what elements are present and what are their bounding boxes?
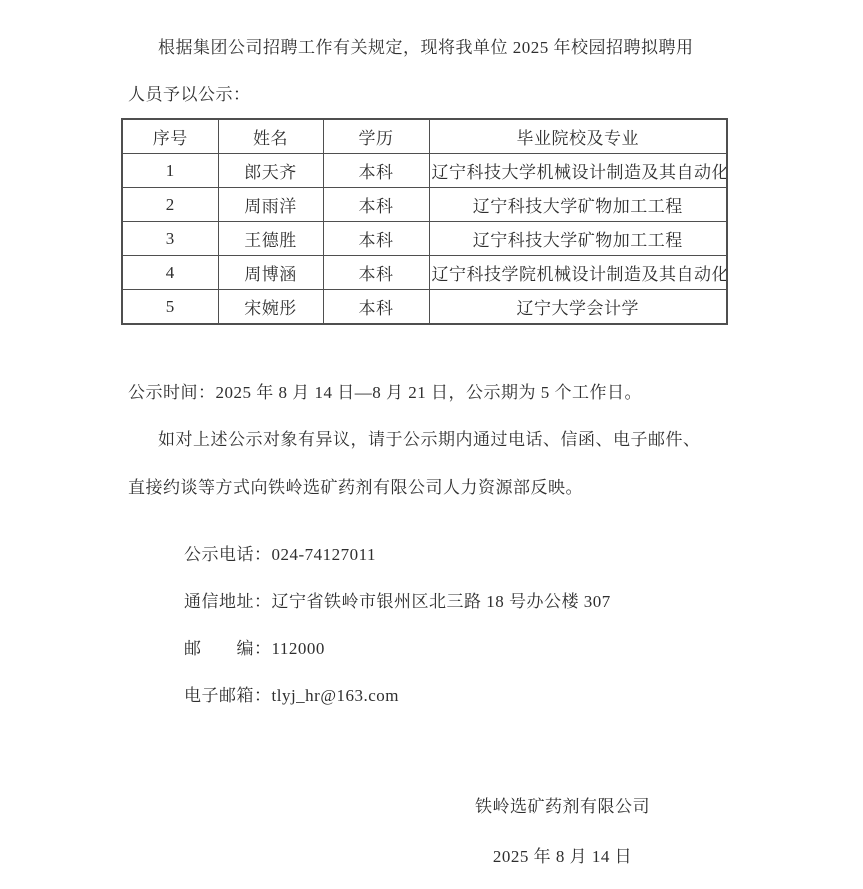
contact-label: 邮 编： [184,639,272,658]
contact-label: 公示电话： [184,545,272,564]
cell-school-major: 辽宁科技大学矿物加工工程 [429,188,727,222]
contact-value: 024-74127011 [272,545,377,564]
table-row: 3 王德胜 本科 辽宁科技大学矿物加工工程 [122,222,727,256]
table-row: 2 周雨洋 本科 辽宁科技大学矿物加工工程 [122,188,727,222]
candidates-table: 序号 姓名 学历 毕业院校及专业 1 郎天齐 本科 辽宁科技大学机械设计制造及其… [121,118,728,325]
contact-line-email: 电子邮箱：tlyj_hr@163.com [165,663,399,729]
cell-school-major: 辽宁大学会计学 [429,290,727,325]
cell-education: 本科 [323,222,429,256]
table-header-row: 序号 姓名 学历 毕业院校及专业 [122,119,727,154]
table-row: 1 郎天齐 本科 辽宁科技大学机械设计制造及其自动化 [122,154,727,188]
cell-name: 郎天齐 [218,154,323,188]
header-cell-school-major: 毕业院校及专业 [429,119,727,154]
publicity-period-line: 公示时间：2025 年 8 月 14 日—8 月 21 日，公示期为 5 个工作… [128,382,642,404]
cell-school-major: 辽宁科技大学机械设计制造及其自动化 [429,154,727,188]
cell-number: 3 [122,222,218,256]
cell-school-major: 辽宁科技大学矿物加工工程 [429,222,727,256]
intro-line-1: 根据集团公司招聘工作有关规定，现将我单位 2025 年校园招聘拟聘用 [158,37,694,59]
header-cell-number: 序号 [122,119,218,154]
contact-value: 112000 [272,639,325,658]
cell-name: 周雨洋 [218,188,323,222]
cell-number: 1 [122,154,218,188]
contact-label: 通信地址： [184,592,272,611]
header-cell-education: 学历 [323,119,429,154]
document-page: 根据集团公司招聘工作有关规定，现将我单位 2025 年校园招聘拟聘用 人员予以公… [0,0,863,889]
objection-line-2: 直接约谈等方式向铁岭选矿药剂有限公司人力资源部反映。 [128,477,583,499]
signature-date: 2025 年 8 月 14 日 [455,842,670,867]
contact-label: 电子邮箱： [184,686,272,705]
cell-education: 本科 [323,290,429,325]
cell-number: 5 [122,290,218,325]
cell-name: 王德胜 [218,222,323,256]
cell-education: 本科 [323,188,429,222]
table-row: 5 宋婉彤 本科 辽宁大学会计学 [122,290,727,325]
cell-education: 本科 [323,154,429,188]
intro-line-2: 人员予以公示： [128,84,251,106]
header-cell-name: 姓名 [218,119,323,154]
objection-line-1: 如对上述公示对象有异议，请于公示期内通过电话、信函、电子邮件、 [158,429,701,451]
cell-school-major: 辽宁科技学院机械设计制造及其自动化 [429,256,727,290]
signature-company: 铁岭选矿药剂有限公司 [455,792,670,817]
cell-number: 4 [122,256,218,290]
table-row: 4 周博涵 本科 辽宁科技学院机械设计制造及其自动化 [122,256,727,290]
contact-value: 辽宁省铁岭市银州区北三路 18 号办公楼 307 [272,592,611,611]
cell-name: 宋婉彤 [218,290,323,325]
contact-value: tlyj_hr@163.com [272,686,400,705]
cell-education: 本科 [323,256,429,290]
cell-name: 周博涵 [218,256,323,290]
cell-number: 2 [122,188,218,222]
